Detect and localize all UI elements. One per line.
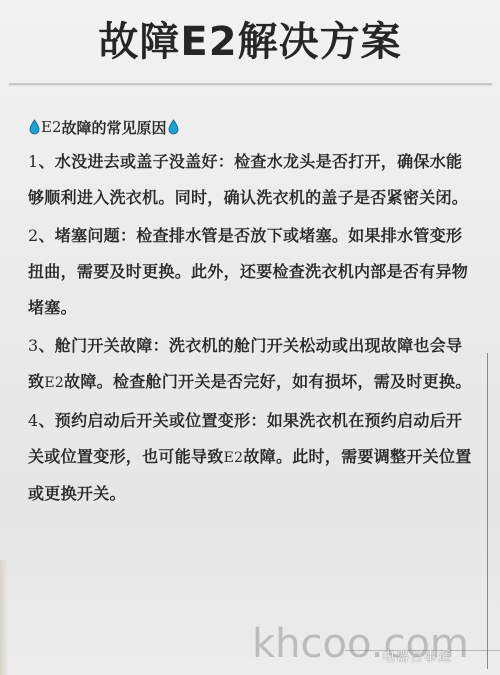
source-watermark: 电器百事通 [382,646,452,665]
cause-number: 1 [28,152,38,171]
source-watermark-text: 电器百事通 [382,646,452,665]
section-prefix: E2 [41,118,62,136]
water-drop-icon [168,119,179,135]
cause-item-3: 3、舱门开关故障：洗衣机的舱门开关松动或出现故障也会导致E2故障。检查舱门开关是… [28,328,478,401]
cause-label: 、水没进去或盖子没盖好： [38,152,234,171]
cause-text-continued: 故障。检查舱门开关是否完好，如有损坏，需及时更换。 [64,372,472,391]
page-edge-line [487,353,488,669]
page-title: 故障E2解决方案 [0,14,500,70]
error-code: E2 [224,450,244,466]
cause-label: 、预约启动后开关或位置变形： [38,411,266,430]
cause-number: 3 [28,336,38,355]
cause-item-2: 2、堵塞问题：检查排水管是否放下或堵塞。如果排水管变形扭曲，需要及时更换。此外，… [28,218,478,326]
section-heading: E2 故障的常见原因 [28,112,478,142]
cause-label: 、堵塞问题： [38,226,136,245]
cause-item-4: 4、预约启动后开关或位置变形：如果洗衣机在预约启动后开关或位置变形，也可能导致E… [28,403,478,512]
cause-number: 2 [28,226,38,245]
title-divider [9,83,492,85]
page-edge-shadow [0,560,8,675]
error-code: E2 [44,375,64,391]
section-heading-text: 故障的常见原因 [62,117,167,138]
cause-item-1: 1、水没进去或盖子没盖好：检查水龙头是否打开，确保水能够顺利进入洗衣机。同时，确… [28,144,478,216]
cause-label: 、舱门开关故障： [38,336,168,355]
water-drop-icon [29,119,40,135]
article-body: E2 故障的常见原因 1、水没进去或盖子没盖好：检查水龙头是否打开，确保水能够顺… [28,112,478,512]
cause-number: 4 [28,411,38,430]
